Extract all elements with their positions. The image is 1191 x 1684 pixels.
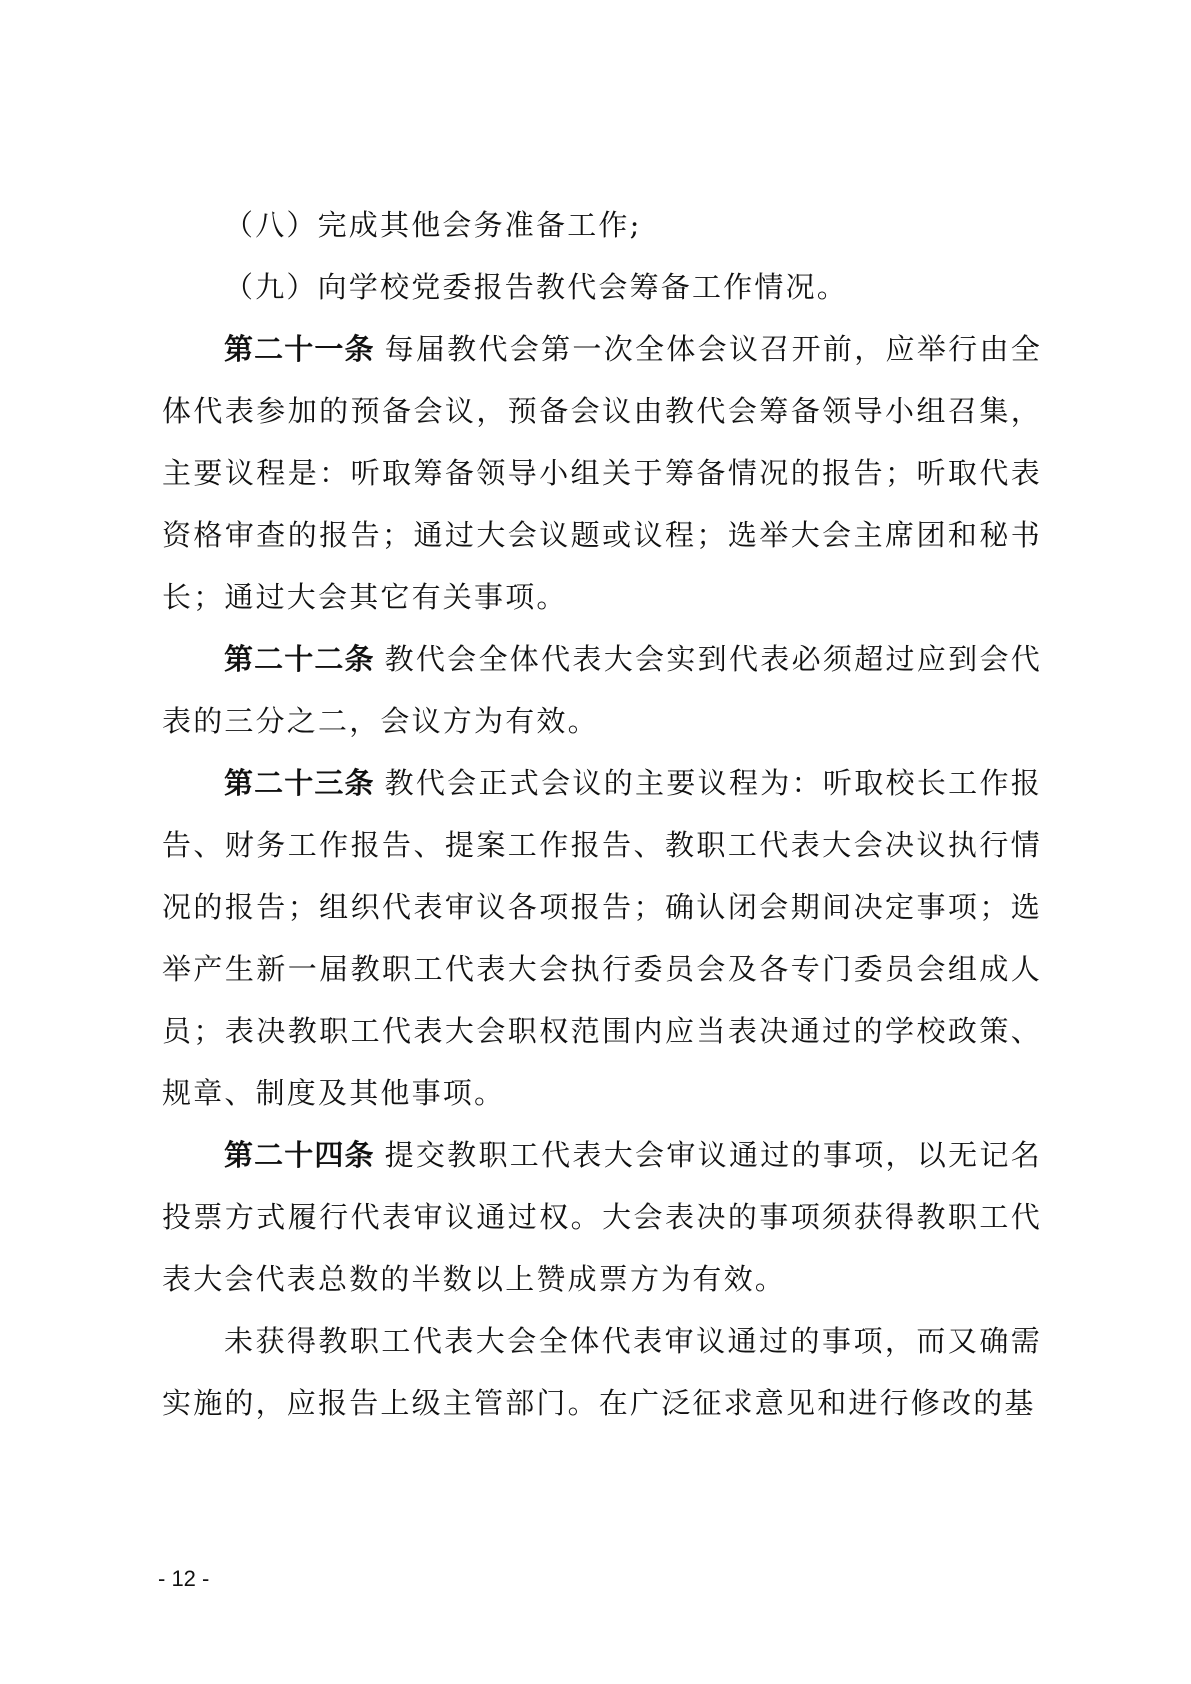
article-number: 第二十三条 xyxy=(224,766,375,800)
paragraph-text: 未获得教职工代表大会全体代表审议通过的事项，而又确需实施的，应报告上级主管部门。… xyxy=(162,1324,1042,1420)
document-body: （八）完成其他会务准备工作; （九）向学校党委报告教代会筹备工作情况。 第二十一… xyxy=(162,194,1042,1434)
article-24-continuation: 未获得教职工代表大会全体代表审议通过的事项，而又确需实施的，应报告上级主管部门。… xyxy=(162,1310,1042,1434)
article-22: 第二十二条教代会全体代表大会实到代表必须超过应到会代表的三分之二，会议方为有效。 xyxy=(162,628,1042,752)
article-number: 第二十四条 xyxy=(224,1138,375,1172)
article-23: 第二十三条教代会正式会议的主要议程为：听取校长工作报告、财务工作报告、提案工作报… xyxy=(162,752,1042,1124)
article-number: 第二十二条 xyxy=(224,642,375,676)
paragraph-text: 教代会正式会议的主要议程为：听取校长工作报告、财务工作报告、提案工作报告、教职工… xyxy=(162,766,1042,1110)
paragraph-text: 每届教代会第一次全体会议召开前，应举行由全体代表参加的预备会议，预备会议由教代会… xyxy=(162,332,1042,614)
list-item-8: （八）完成其他会务准备工作; xyxy=(162,194,1042,256)
list-item-9: （九）向学校党委报告教代会筹备工作情况。 xyxy=(162,256,1042,318)
article-number: 第二十一条 xyxy=(224,332,375,366)
article-21: 第二十一条每届教代会第一次全体会议召开前，应举行由全体代表参加的预备会议，预备会… xyxy=(162,318,1042,628)
article-24: 第二十四条提交教职工代表大会审议通过的事项，以无记名投票方式履行代表审议通过权。… xyxy=(162,1124,1042,1310)
paragraph-text: （九）向学校党委报告教代会筹备工作情况。 xyxy=(224,270,848,304)
page-number: - 12 - xyxy=(158,1566,209,1592)
document-page: （八）完成其他会务准备工作; （九）向学校党委报告教代会筹备工作情况。 第二十一… xyxy=(0,0,1191,1684)
paragraph-text: （八）完成其他会务准备工作; xyxy=(224,208,642,242)
